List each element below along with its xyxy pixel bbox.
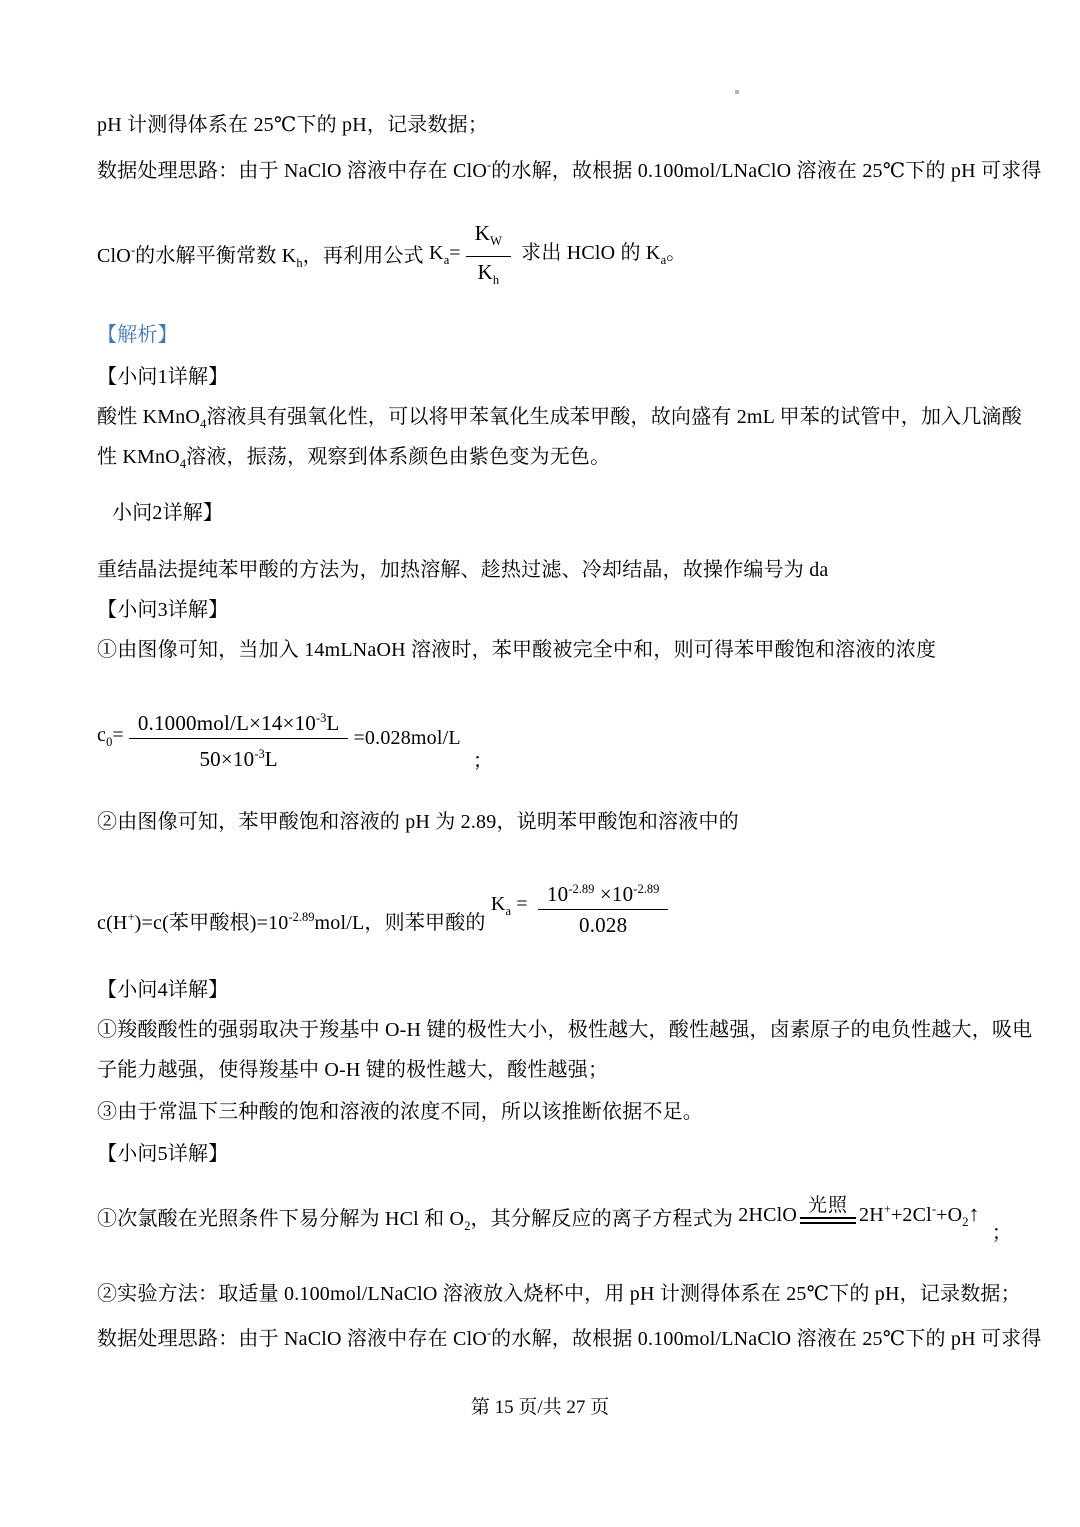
formula-lhs: c0= xyxy=(97,722,124,755)
stray-mark xyxy=(735,90,739,94)
fraction-numerator: 0.1000mol/L×14×10-3L xyxy=(129,706,349,739)
intro-line-1: pH 计测得体系在 25℃下的 pH，记录数据； xyxy=(97,112,488,138)
text-run: ，其分解反应的离子方程式为 xyxy=(470,1208,738,1230)
q5-heading: 【小问5详解】 xyxy=(97,1141,228,1167)
text-run: ①次氯酸在光照条件下易分解为 HCl 和 O2，其分解反应的离子方程式为 xyxy=(97,1206,738,1239)
fraction-denominator: 0.028 xyxy=(579,910,627,937)
condition-label: 光照 xyxy=(808,1196,848,1216)
intro-line-2: 数据处理思路：由于 NaClO 溶液中存在 ClO-的水解，故根据 0.100m… xyxy=(97,152,1042,184)
q3-paragraph-1: ①由图像可知，当加入 14mLNaOH 溶液时，苯甲酸被完全中和，则可得苯甲酸饱… xyxy=(97,637,936,663)
text-run: 2H xyxy=(859,1204,884,1226)
superscript-exp: -2.89 xyxy=(568,882,594,896)
q4-line-3: ③由于常温下三种酸的饱和溶液的浓度不同，所以该推断依据不足。 xyxy=(97,1099,703,1125)
fraction-numerator: 10-2.89 ×10-2.89 xyxy=(538,877,668,910)
text-run: +O xyxy=(936,1204,962,1226)
reaction-equals-line xyxy=(800,1217,856,1224)
text-run: 酸性 KMnO xyxy=(97,406,200,428)
text-run: mol/L，则苯甲酸的 xyxy=(315,912,491,934)
subscript-h: h xyxy=(493,273,499,287)
reaction-equation: 2HClO 光照 2H++2Cl-+O2↑ xyxy=(738,1196,979,1235)
q3-paragraph-2: ②由图像可知，苯甲酸饱和溶液的 pH 为 2.89，说明苯甲酸饱和溶液中的 xyxy=(97,809,739,835)
reaction-condition: 光照 xyxy=(800,1196,856,1224)
text-run: ClO xyxy=(97,245,131,267)
text-run: ClO-的水解平衡常数 Kh，再利用公式 xyxy=(97,237,429,276)
text-run: K xyxy=(491,893,506,915)
text-run: ×10 xyxy=(594,882,633,906)
document-page: { "colors": { "accent_blue": "#3F76BE", … xyxy=(0,0,1080,1527)
superscript-plus: + xyxy=(128,910,135,924)
gas-arrow: ↑ xyxy=(968,1201,979,1226)
reactant: 2HClO xyxy=(738,1202,797,1228)
q5-paragraph-3: 数据处理思路：由于 NaClO 溶液中存在 ClO-的水解，故根据 0.100m… xyxy=(97,1320,1042,1352)
punctuation: ； xyxy=(473,748,493,776)
text-run: 的水解，故根据 0.100mol/LNaClO 溶液在 25℃下的 pH 可求得 xyxy=(491,160,1041,182)
q5-paragraph-1: ①次氯酸在光照条件下易分解为 HCl 和 O2，其分解反应的离子方程式为 2HC… xyxy=(97,1196,1012,1248)
text-run: L xyxy=(326,711,339,735)
text-run: K xyxy=(475,221,490,245)
subscript-w: W xyxy=(490,234,502,248)
text-run: 溶液，振荡，观察到体系颜色由紫色变为无色。 xyxy=(186,446,610,468)
text-run: +2Cl xyxy=(891,1204,932,1226)
formula-lhs: Ka= xyxy=(429,240,461,273)
fraction-denominator: Kh xyxy=(478,257,500,292)
text-run: 的水解平衡常数 K xyxy=(135,245,296,267)
page-number-footer: 第 15 页/共 27 页 xyxy=(0,1392,1080,1419)
text-run: 求出 HClO 的 Ka。 xyxy=(516,240,686,273)
formula-lhs: Ka = xyxy=(491,891,533,924)
text-run: 的水解，故根据 0.100mol/LNaClO 溶液在 25℃下的 pH 可求得 xyxy=(491,1328,1041,1350)
products: 2H++2Cl-+O2↑ xyxy=(859,1196,980,1235)
text-run: 性 KMnO xyxy=(97,446,180,468)
fraction: 0.1000mol/L×14×10-3L 50×10-3L xyxy=(129,706,349,771)
formula-result: =0.028mol/L xyxy=(353,725,460,751)
text-run: )=c(苯甲酸根)=10 xyxy=(135,912,289,934)
text-run: 0.1000mol/L×14×10 xyxy=(138,711,316,735)
superscript-plus: + xyxy=(884,1202,891,1216)
text-run: K xyxy=(478,260,493,284)
text-run: 溶液具有强氧化性，可以将甲苯氧化生成苯甲酸，故向盛有 2mL 甲苯的试管中，加入… xyxy=(206,406,1022,428)
text-run: 50×10 xyxy=(199,747,254,771)
q1-line-2: 性 KMnO4溶液，振荡，观察到体系颜色由紫色变为无色。 xyxy=(97,444,610,477)
q4-line-2: 子能力越强，使得羧基中 O-H 键的极性越大，酸性越强； xyxy=(97,1057,608,1083)
q3-ka-formula-line: c(H+)=c(苯甲酸根)=10-2.89mol/L，则苯甲酸的 Ka = 10… xyxy=(97,885,673,955)
q4-line-1: ①羧酸酸性的强弱取决于羧基中 O-H 键的极性大小，极性越大，酸性越强，卤素原子… xyxy=(97,1017,1032,1043)
q3-c0-formula: c0= 0.1000mol/L×14×10-3L 50×10-3L =0.028… xyxy=(97,700,493,776)
q3-heading: 【小问3详解】 xyxy=(97,597,228,623)
q2-heading: 小问2详解】 xyxy=(112,500,223,526)
ka-formula: Ka = 10-2.89 ×10-2.89 0.028 xyxy=(491,877,674,937)
fraction: KW Kh xyxy=(466,221,511,292)
text-run: c xyxy=(97,724,106,746)
fraction-numerator: KW xyxy=(466,221,511,257)
superscript-exp: -3 xyxy=(316,711,326,725)
text-run: 数据处理思路：由于 NaClO 溶液中存在 ClO xyxy=(97,160,487,182)
q2-body: 重结晶法提纯苯甲酸的方法为，加热溶解、趁热过滤、冷却结晶，故操作编号为 da xyxy=(97,557,828,583)
superscript-exp: -2.89 xyxy=(633,882,659,896)
text-run: c(H+)=c(苯甲酸根)=10-2.89mol/L，则苯甲酸的 xyxy=(97,904,491,936)
text-run: 。 xyxy=(666,242,686,264)
punctuation: ； xyxy=(992,1220,1012,1248)
equals-sign: = xyxy=(112,724,123,746)
analysis-heading: 【解析】 xyxy=(97,322,178,348)
q1-heading: 【小问1详解】 xyxy=(97,364,228,390)
ka-kw-kh-formula: Ka= KW Kh xyxy=(429,221,516,292)
text-run: 数据处理思路：由于 NaClO 溶液中存在 ClO xyxy=(97,1328,487,1350)
text-run: ①次氯酸在光照条件下易分解为 HCl 和 O xyxy=(97,1208,464,1230)
text-run: 求出 HClO 的 K xyxy=(516,242,661,264)
q4-heading: 【小问4详解】 xyxy=(97,977,228,1003)
text-run: L xyxy=(265,747,278,771)
q5-paragraph-2: ②实验方法：取适量 0.100mol/LNaClO 溶液放入烧杯中，用 pH 计… xyxy=(97,1281,1021,1307)
fraction-denominator: 50×10-3L xyxy=(199,739,277,771)
intro-line-3: ClO-的水解平衡常数 Kh，再利用公式 Ka= KW Kh 求出 HClO 的… xyxy=(97,218,686,294)
fraction: 10-2.89 ×10-2.89 0.028 xyxy=(538,877,668,937)
superscript-exp: -3 xyxy=(254,747,264,761)
q1-line-1: 酸性 KMnO4溶液具有强氧化性，可以将甲苯氧化生成苯甲酸，故向盛有 2mL 甲… xyxy=(97,404,1022,437)
text-run: 10 xyxy=(547,882,568,906)
superscript-exp: -2.89 xyxy=(288,910,314,924)
text-run: ，再利用公式 xyxy=(303,245,429,267)
equals-sign: = xyxy=(511,893,533,915)
equals-sign: = xyxy=(449,242,460,264)
text-run: c(H xyxy=(97,912,128,934)
text-run: K xyxy=(429,242,444,264)
